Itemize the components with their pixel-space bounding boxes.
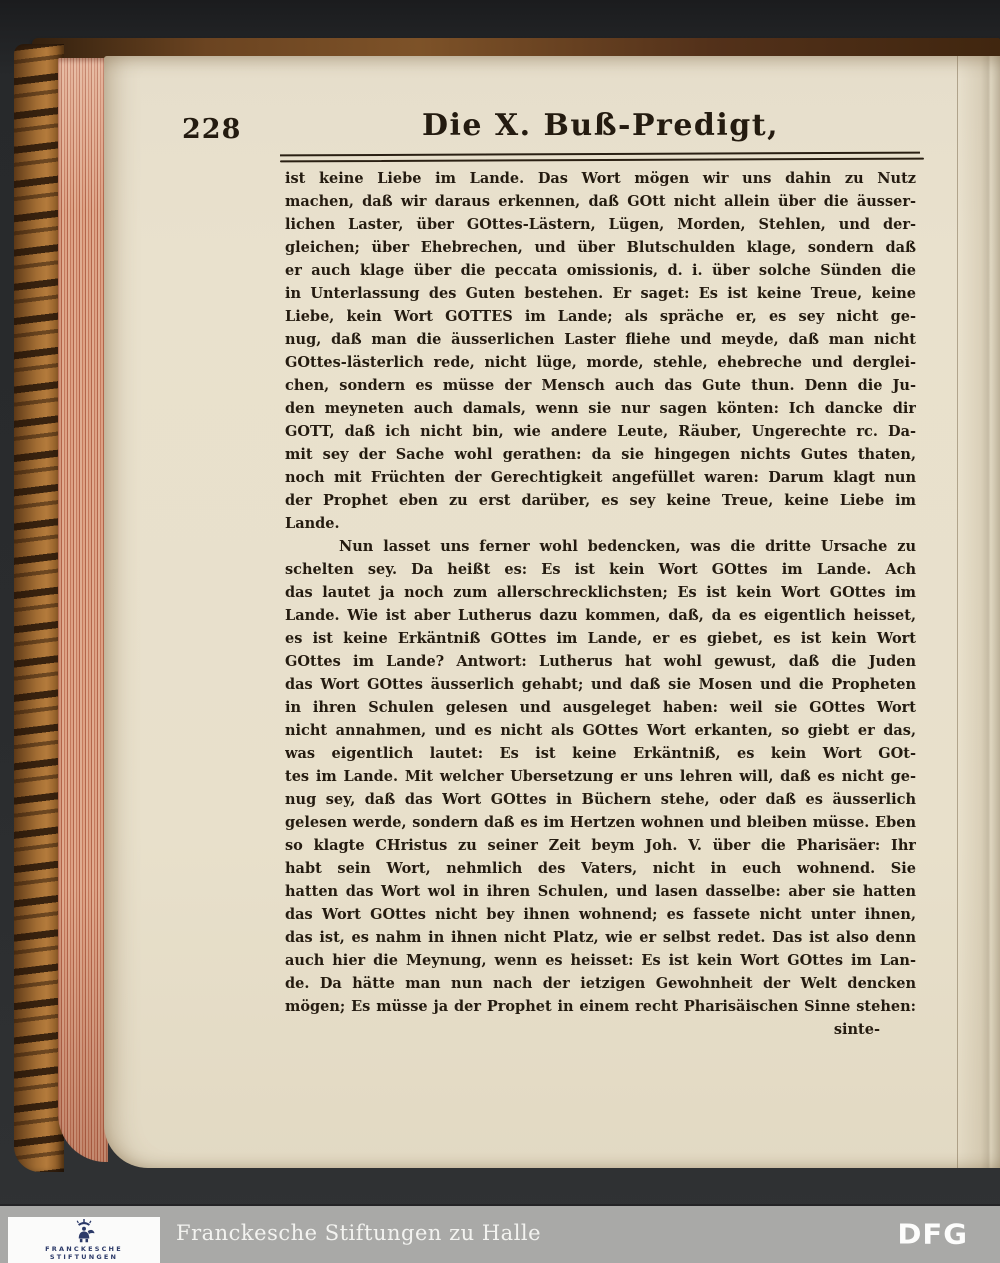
text-line: noch mit Früchten der Gerechtigkeit ange… xyxy=(285,466,916,489)
text-line: es ist keine Erkäntniß GOttes im Lande, … xyxy=(285,627,916,650)
text-line: mögen; Es müsse ja der Prophet in einem … xyxy=(285,995,916,1018)
running-title: Die X. Buß-Predigt, xyxy=(285,108,916,143)
catchword: sinte- xyxy=(285,1018,916,1041)
logo-wordmark: FRANCKESCHE STIFTUNGEN xyxy=(45,1245,123,1261)
paragraph-2: Nun lasset uns ferner wohl bedencken, wa… xyxy=(285,535,916,1018)
text-line: auch hier die Meynung, wenn es heisset: … xyxy=(285,949,916,972)
text-line: ist keine Liebe im Lande. Das Wort mögen… xyxy=(285,167,916,190)
text-line: hatten das Wort wol in ihren Schulen, un… xyxy=(285,880,916,903)
text-line: de. Da hätte man nun nach der ietzigen G… xyxy=(285,972,916,995)
text-line: das lautet ja noch zum allerschrecklichs… xyxy=(285,581,916,604)
text-line: so klagte CHristus zu seiner Zeit beym J… xyxy=(285,834,916,857)
text-line: tes im Lande. Mit welcher Ubersetzung er… xyxy=(285,765,916,788)
viewer-footer-bar: FRANCKESCHE STIFTUNGEN Franckesche Stift… xyxy=(0,1206,1000,1263)
text-line: in ihren Schulen gelesen und ausgeleget … xyxy=(285,696,916,719)
text-line: habt sein Wort, nehmlich des Vaters, nic… xyxy=(285,857,916,880)
digitized-book-viewer: 228 Die X. Buß-Predigt, ist keine Liebe … xyxy=(0,0,1000,1263)
paragraph-1: ist keine Liebe im Lande. Das Wort mögen… xyxy=(285,167,916,535)
institution-name: Franckesche Stiftungen zu Halle xyxy=(176,1221,541,1245)
eagle-under-canopy-icon xyxy=(69,1219,99,1243)
text-line: mit sey der Sache wohl gerathen: da sie … xyxy=(285,443,916,466)
text-line: gelesen werde, sondern daß es im Hertzen… xyxy=(285,811,916,834)
text-line: nug, daß man die äusserlichen Laster fli… xyxy=(285,328,916,351)
text-line: was eigentlich lautet: Es ist keine Erkä… xyxy=(285,742,916,765)
text-line: GOTT, daß ich nicht bin, wie andere Leut… xyxy=(285,420,916,443)
header-rule-top xyxy=(280,152,920,157)
page-gutter-shadow xyxy=(957,56,1000,1168)
text-line: Lande. xyxy=(285,512,916,535)
text-line: schelten sey. Da heißt es: Es ist kein W… xyxy=(285,558,916,581)
text-line: lichen Laster, über GOttes-Lästern, Lüge… xyxy=(285,213,916,236)
text-line: der Prophet eben zu erst darüber, es sey… xyxy=(285,489,916,512)
header-rule-bottom xyxy=(280,158,924,163)
text-line: gleichen; über Ehebrechen, und über Blut… xyxy=(285,236,916,259)
text-line: den meyneten auch damals, wenn sie nur s… xyxy=(285,397,916,420)
text-line: machen, daß wir daraus erkennen, daß GOt… xyxy=(285,190,916,213)
book-page-block-edge xyxy=(58,58,108,1162)
text-line: in Unterlassung des Guten bestehen. Er s… xyxy=(285,282,916,305)
text-line: Lande. Wie ist aber Lutherus dazu kommen… xyxy=(285,604,916,627)
book-page-scan: 228 Die X. Buß-Predigt, ist keine Liebe … xyxy=(104,56,1000,1168)
text-line: das Wort GOttes nicht bey ihnen wohnend;… xyxy=(285,903,916,926)
page-number: 228 xyxy=(182,114,241,145)
logo-wordmark-line2: STIFTUNGEN xyxy=(45,1253,123,1261)
text-line: GOttes im Lande? Antwort: Lutherus hat w… xyxy=(285,650,916,673)
page-body-text: ist keine Liebe im Lande. Das Wort mögen… xyxy=(285,167,916,1041)
text-line: nicht annahmen, und es nicht als GOttes … xyxy=(285,719,916,742)
text-line: das Wort GOttes äusserlich gehabt; und d… xyxy=(285,673,916,696)
text-line: GOttes-lästerlich rede, nicht lüge, mord… xyxy=(285,351,916,374)
text-line: er auch klage über die peccata omissioni… xyxy=(285,259,916,282)
text-line: Nun lasset uns ferner wohl bedencken, wa… xyxy=(285,535,916,558)
text-line: Liebe, kein Wort GOTTES im Lande; als sp… xyxy=(285,305,916,328)
text-line: chen, sondern es müsse der Mensch auch d… xyxy=(285,374,916,397)
logo-wordmark-line1: FRANCKESCHE xyxy=(45,1245,123,1253)
book-spine-leather xyxy=(14,44,64,1172)
franckesche-stiftungen-logo: FRANCKESCHE STIFTUNGEN xyxy=(8,1217,160,1263)
text-line: das ist, es nahm in ihnen nicht Platz, w… xyxy=(285,926,916,949)
dfg-logo: DFG xyxy=(897,1218,968,1250)
text-line: nug sey, daß das Wort GOttes in Büchern … xyxy=(285,788,916,811)
